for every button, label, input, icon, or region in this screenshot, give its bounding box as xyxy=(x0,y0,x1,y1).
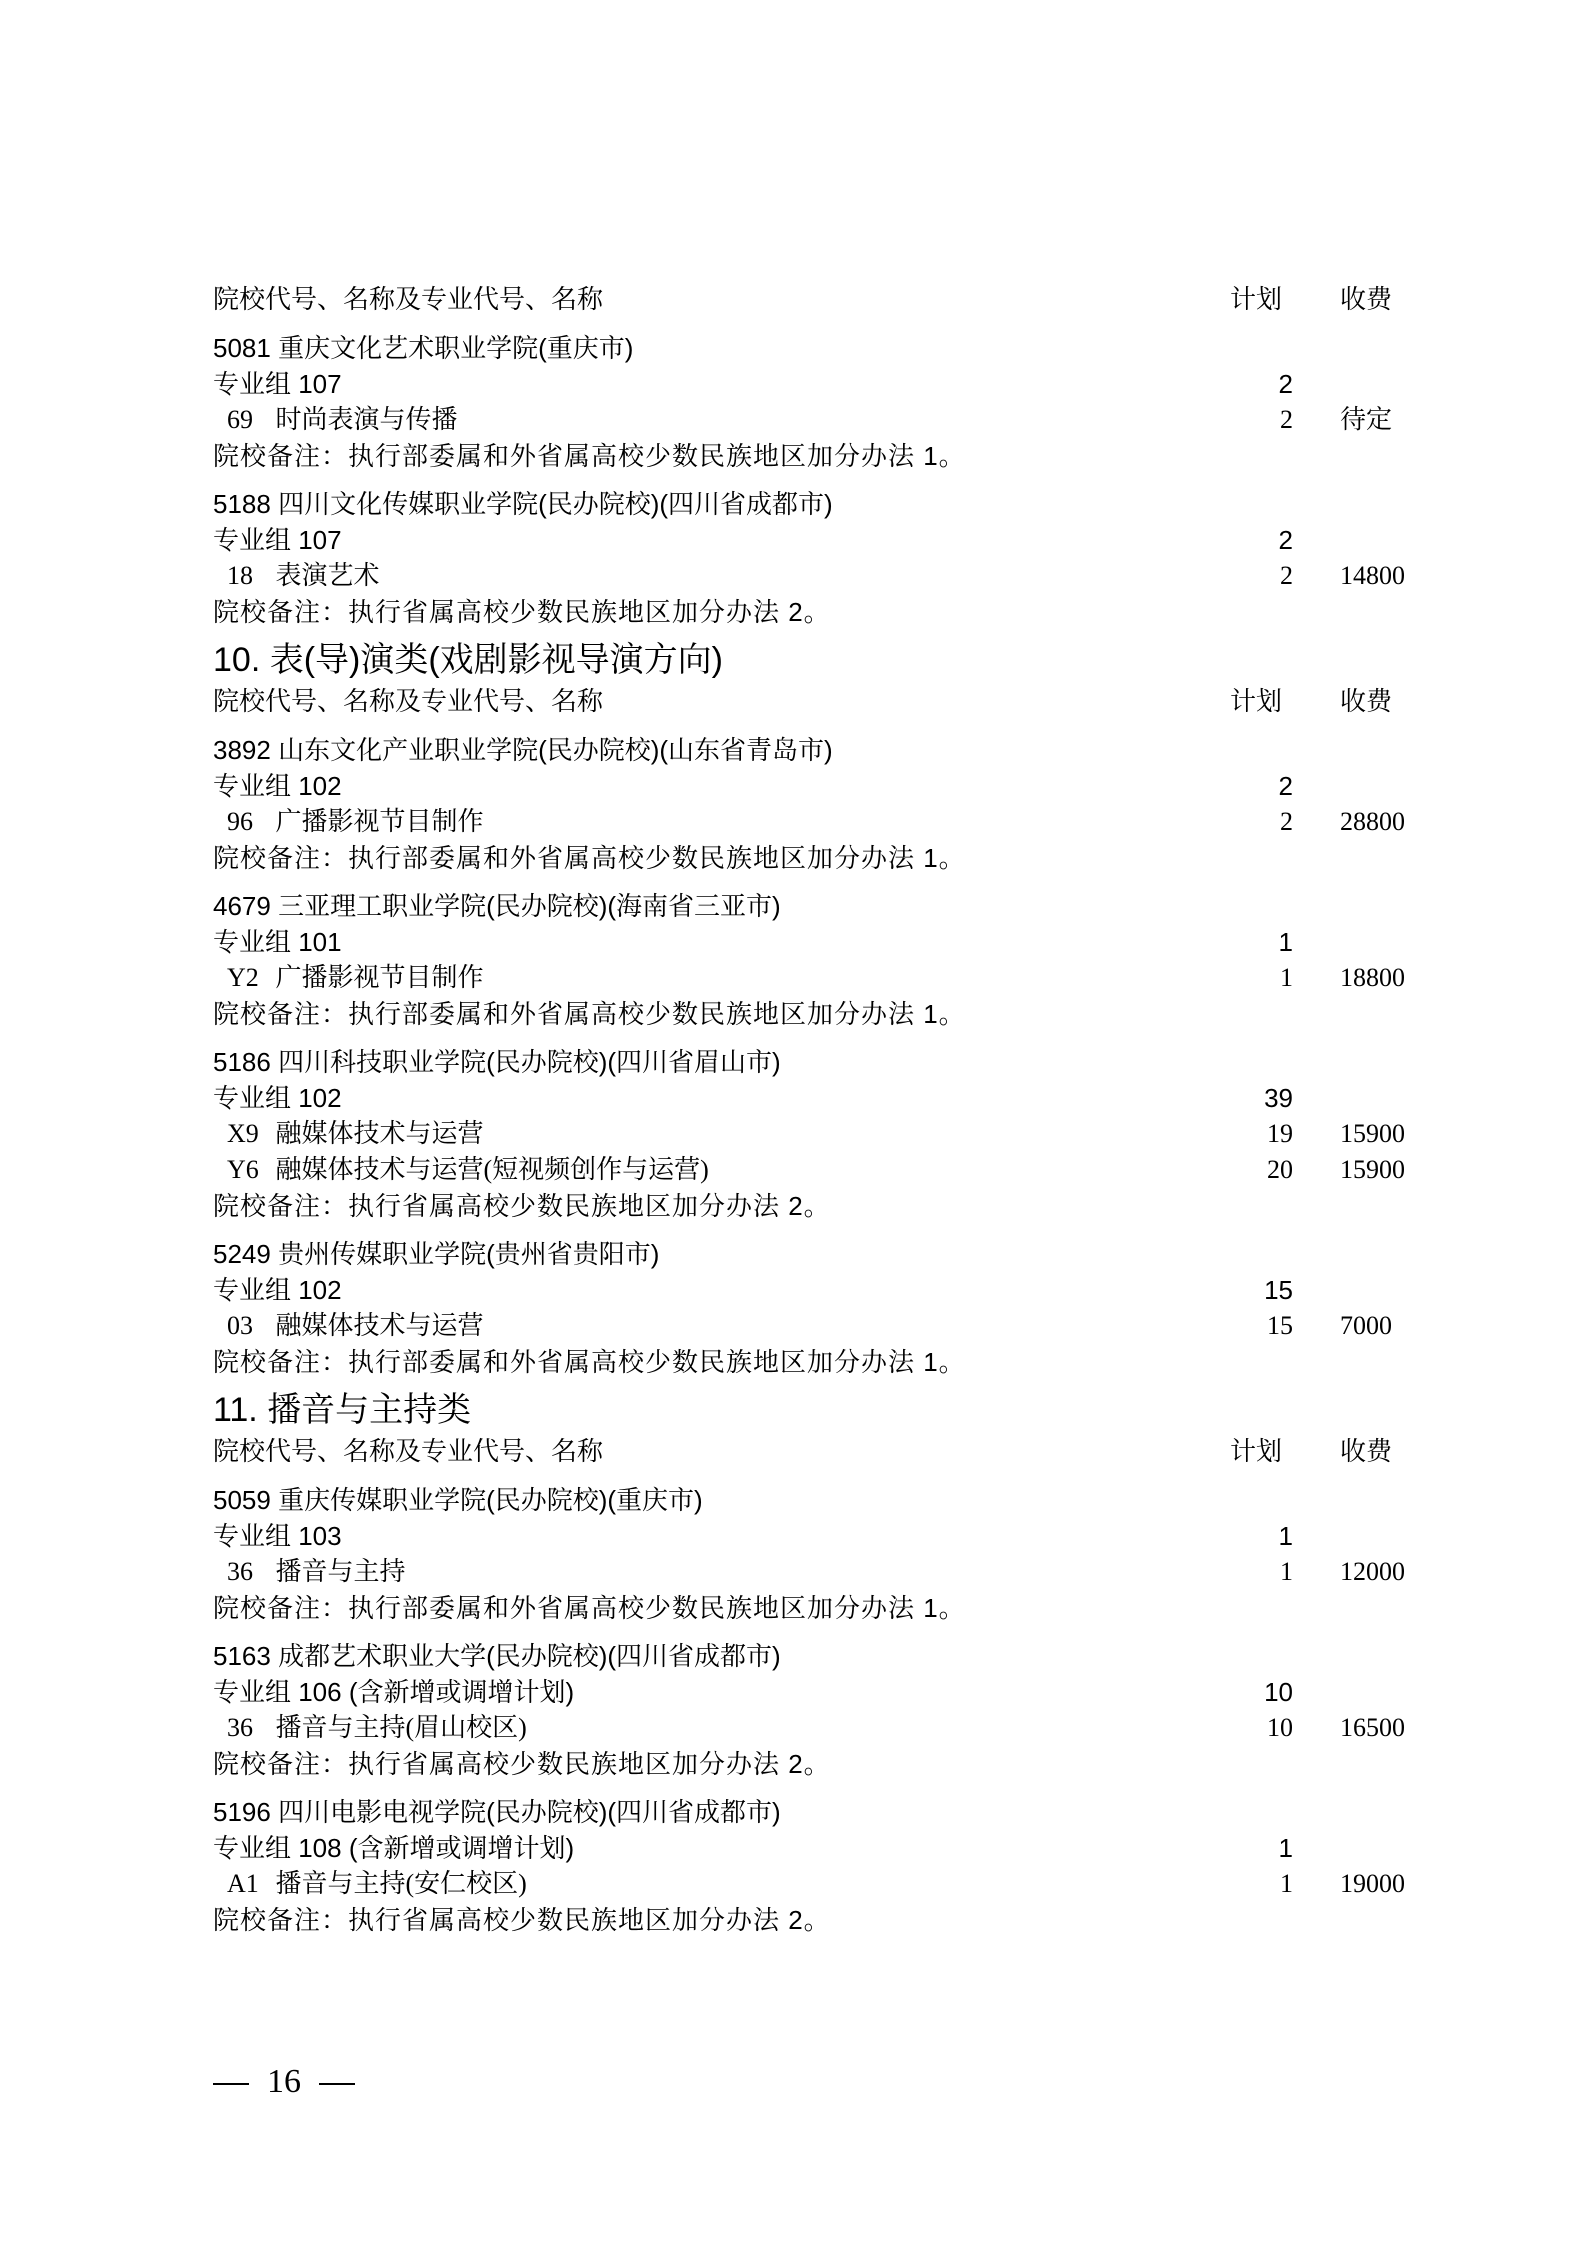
column-header-name: 院校代号、名称及专业代号、名称 xyxy=(213,284,603,314)
major-code: 69 xyxy=(227,402,269,438)
school-title: 5188 四川文化传媒职业学院(民办院校)(四川省成都市) xyxy=(213,486,1413,522)
major-name: 播音与主持(安仁校区) xyxy=(276,1869,527,1898)
major-name: 时尚表演与传播 xyxy=(276,405,458,434)
school-note: 院校备注：执行部委属和外省属高校少数民族地区加分办法 1。 xyxy=(213,840,1413,876)
column-header-row: 院校代号、名称及专业代号、名称计划收费 xyxy=(213,280,1413,318)
major-row: 69 时尚表演与传播2待定 xyxy=(213,402,1413,438)
page-number: 16 xyxy=(267,2063,301,2100)
major-group-label: 专业组 103 xyxy=(213,1521,342,1551)
major-fee: 18800 xyxy=(1340,960,1405,996)
major-fee: 19000 xyxy=(1340,1866,1405,1902)
page-footer: 16 xyxy=(213,2063,373,2101)
major-group-label: 专业组 106 (含新增或调增计划) xyxy=(213,1677,574,1707)
major-name: 广播影视节目制作 xyxy=(276,963,484,992)
major-fee: 15900 xyxy=(1340,1116,1405,1152)
major-group-row: 专业组 1072 xyxy=(213,366,1413,402)
major-row: 36 播音与主持(眉山校区)1016500 xyxy=(213,1710,1413,1746)
major-row: 96 广播影视节目制作228800 xyxy=(213,804,1413,840)
major-name: 表演艺术 xyxy=(276,561,380,590)
school-note: 院校备注：执行省属高校少数民族地区加分办法 2。 xyxy=(213,1188,1413,1224)
major-group-row: 专业组 10239 xyxy=(213,1080,1413,1116)
major-name: 播音与主持(眉山校区) xyxy=(276,1713,527,1742)
major-plan: 1 xyxy=(1233,1866,1293,1902)
major-name: 播音与主持 xyxy=(276,1557,406,1586)
column-header-plan: 计划 xyxy=(1230,1432,1282,1470)
major-code: X9 xyxy=(227,1116,269,1152)
school-title: 5249 贵州传媒职业学院(贵州省贵阳市) xyxy=(213,1236,1413,1272)
major-code: 18 xyxy=(227,558,269,594)
school-note: 院校备注：执行部委属和外省属高校少数民族地区加分办法 1。 xyxy=(213,1344,1413,1380)
major-fee: 7000 xyxy=(1340,1308,1392,1344)
major-group-row: 专业组 106 (含新增或调增计划)10 xyxy=(213,1674,1413,1710)
major-code: 96 xyxy=(227,804,269,840)
column-header-fee: 收费 xyxy=(1340,1432,1392,1470)
major-group-plan: 1 xyxy=(1233,1518,1293,1554)
major-group-row: 专业组 1072 xyxy=(213,522,1413,558)
major-group-label: 专业组 108 (含新增或调增计划) xyxy=(213,1833,574,1863)
major-plan: 1 xyxy=(1233,1554,1293,1590)
major-fee: 12000 xyxy=(1340,1554,1405,1590)
school-title: 5081 重庆文化艺术职业学院(重庆市) xyxy=(213,330,1413,366)
major-name: 广播影视节目制作 xyxy=(276,807,484,836)
major-row: X9 融媒体技术与运营1915900 xyxy=(213,1116,1413,1152)
major-plan: 15 xyxy=(1233,1308,1293,1344)
major-group-plan: 39 xyxy=(1233,1080,1293,1116)
major-name: 融媒体技术与运营 xyxy=(276,1119,484,1148)
column-header-row: 院校代号、名称及专业代号、名称计划收费 xyxy=(213,1432,1413,1470)
school-note: 院校备注：执行部委属和外省属高校少数民族地区加分办法 1。 xyxy=(213,996,1413,1032)
school-note: 院校备注：执行省属高校少数民族地区加分办法 2。 xyxy=(213,594,1413,630)
major-group-plan: 15 xyxy=(1233,1272,1293,1308)
major-group-row: 专业组 1022 xyxy=(213,768,1413,804)
dash-decoration xyxy=(213,2083,249,2085)
major-code: Y2 xyxy=(227,960,269,996)
major-group-row: 专业组 108 (含新增或调增计划)1 xyxy=(213,1830,1413,1866)
section-title: 11. 播音与主持类 xyxy=(213,1388,1413,1432)
major-group-row: 专业组 10215 xyxy=(213,1272,1413,1308)
major-group-plan: 2 xyxy=(1233,522,1293,558)
column-header-row: 院校代号、名称及专业代号、名称计划收费 xyxy=(213,682,1413,720)
major-group-plan: 1 xyxy=(1233,1830,1293,1866)
major-group-label: 专业组 102 xyxy=(213,1083,342,1113)
school-title: 4679 三亚理工职业学院(民办院校)(海南省三亚市) xyxy=(213,888,1413,924)
major-group-row: 专业组 1031 xyxy=(213,1518,1413,1554)
major-code: 36 xyxy=(227,1710,269,1746)
document-page: 院校代号、名称及专业代号、名称计划收费5081 重庆文化艺术职业学院(重庆市)专… xyxy=(213,280,1413,1938)
school-title: 3892 山东文化产业职业学院(民办院校)(山东省青岛市) xyxy=(213,732,1413,768)
major-plan: 2 xyxy=(1233,804,1293,840)
major-fee: 14800 xyxy=(1340,558,1405,594)
major-name: 融媒体技术与运营 xyxy=(276,1311,484,1340)
school-note: 院校备注：执行部委属和外省属高校少数民族地区加分办法 1。 xyxy=(213,438,1413,474)
major-group-plan: 2 xyxy=(1233,366,1293,402)
dash-decoration xyxy=(319,2083,355,2085)
major-row: A1 播音与主持(安仁校区)119000 xyxy=(213,1866,1413,1902)
column-header-plan: 计划 xyxy=(1230,682,1282,720)
school-title: 5196 四川电影电视学院(民办院校)(四川省成都市) xyxy=(213,1794,1413,1830)
major-plan: 2 xyxy=(1233,402,1293,438)
major-name: 融媒体技术与运营(短视频创作与运营) xyxy=(276,1155,709,1184)
school-note: 院校备注：执行省属高校少数民族地区加分办法 2。 xyxy=(213,1902,1413,1938)
major-code: 03 xyxy=(227,1308,269,1344)
major-group-plan: 2 xyxy=(1233,768,1293,804)
major-group-row: 专业组 1011 xyxy=(213,924,1413,960)
major-row: Y2 广播影视节目制作118800 xyxy=(213,960,1413,996)
major-fee: 15900 xyxy=(1340,1152,1405,1188)
major-row: 18 表演艺术214800 xyxy=(213,558,1413,594)
major-group-label: 专业组 102 xyxy=(213,771,342,801)
major-group-plan: 10 xyxy=(1233,1674,1293,1710)
column-header-name: 院校代号、名称及专业代号、名称 xyxy=(213,686,603,716)
major-fee: 16500 xyxy=(1340,1710,1405,1746)
major-fee: 28800 xyxy=(1340,804,1405,840)
major-row: 03 融媒体技术与运营157000 xyxy=(213,1308,1413,1344)
school-note: 院校备注：执行省属高校少数民族地区加分办法 2。 xyxy=(213,1746,1413,1782)
school-title: 5186 四川科技职业学院(民办院校)(四川省眉山市) xyxy=(213,1044,1413,1080)
column-header-name: 院校代号、名称及专业代号、名称 xyxy=(213,1436,603,1466)
school-note: 院校备注：执行部委属和外省属高校少数民族地区加分办法 1。 xyxy=(213,1590,1413,1626)
column-header-plan: 计划 xyxy=(1230,280,1282,318)
major-group-label: 专业组 107 xyxy=(213,525,342,555)
major-code: Y6 xyxy=(227,1152,269,1188)
column-header-fee: 收费 xyxy=(1340,682,1392,720)
major-group-label: 专业组 107 xyxy=(213,369,342,399)
major-plan: 10 xyxy=(1233,1710,1293,1746)
section-title: 10. 表(导)演类(戏剧影视导演方向) xyxy=(213,638,1413,682)
major-code: 36 xyxy=(227,1554,269,1590)
major-row: 36 播音与主持112000 xyxy=(213,1554,1413,1590)
column-header-fee: 收费 xyxy=(1340,280,1392,318)
school-title: 5059 重庆传媒职业学院(民办院校)(重庆市) xyxy=(213,1482,1413,1518)
major-group-label: 专业组 101 xyxy=(213,927,342,957)
school-title: 5163 成都艺术职业大学(民办院校)(四川省成都市) xyxy=(213,1638,1413,1674)
major-plan: 1 xyxy=(1233,960,1293,996)
major-plan: 20 xyxy=(1233,1152,1293,1188)
major-group-label: 专业组 102 xyxy=(213,1275,342,1305)
major-fee: 待定 xyxy=(1340,402,1392,438)
major-row: Y6 融媒体技术与运营(短视频创作与运营)2015900 xyxy=(213,1152,1413,1188)
major-plan: 19 xyxy=(1233,1116,1293,1152)
major-plan: 2 xyxy=(1233,558,1293,594)
major-code: A1 xyxy=(227,1866,269,1902)
major-group-plan: 1 xyxy=(1233,924,1293,960)
